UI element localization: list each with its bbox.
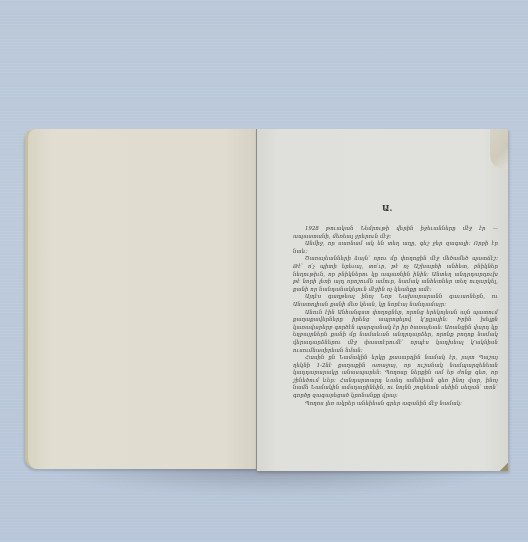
paragraph: Անուն էին Անհանգստ փողոցներ, որոնց երեկո… [293, 310, 498, 356]
page-corner-wear [500, 463, 508, 471]
paragraph: 1928 թուական Նեմրութի վերին իջեւանները մ… [293, 226, 498, 241]
paragraph: Ծառայեանների ձայն՝ որու մը փողոցին մէջ մ… [293, 256, 498, 294]
chapter-heading: Ա. [382, 203, 392, 213]
paragraph: Հասին ըն Նամակին երկը քասարդին նամակ էր,… [293, 355, 498, 401]
left-page [25, 129, 259, 469]
paragraph: Անմիջ, որ սառնամ ակ են տեղ աղը, գեշ ջեր … [293, 241, 498, 256]
paragraph: Այդէս գաղթեալ ինոյ Նոր Նախարարանն գաւառն… [293, 294, 498, 309]
body-text: 1928 թուական Նեմրութի վերին իջեւանները մ… [293, 226, 498, 408]
right-page: Ա. 1928 թուական Նեմրութի վերին իջեւաններ… [256, 129, 508, 471]
page-corner-curl [490, 129, 508, 169]
paragraph: Պողոս լեռ ակրեր անեիեան գրեր ազանին մէջ … [293, 401, 498, 409]
